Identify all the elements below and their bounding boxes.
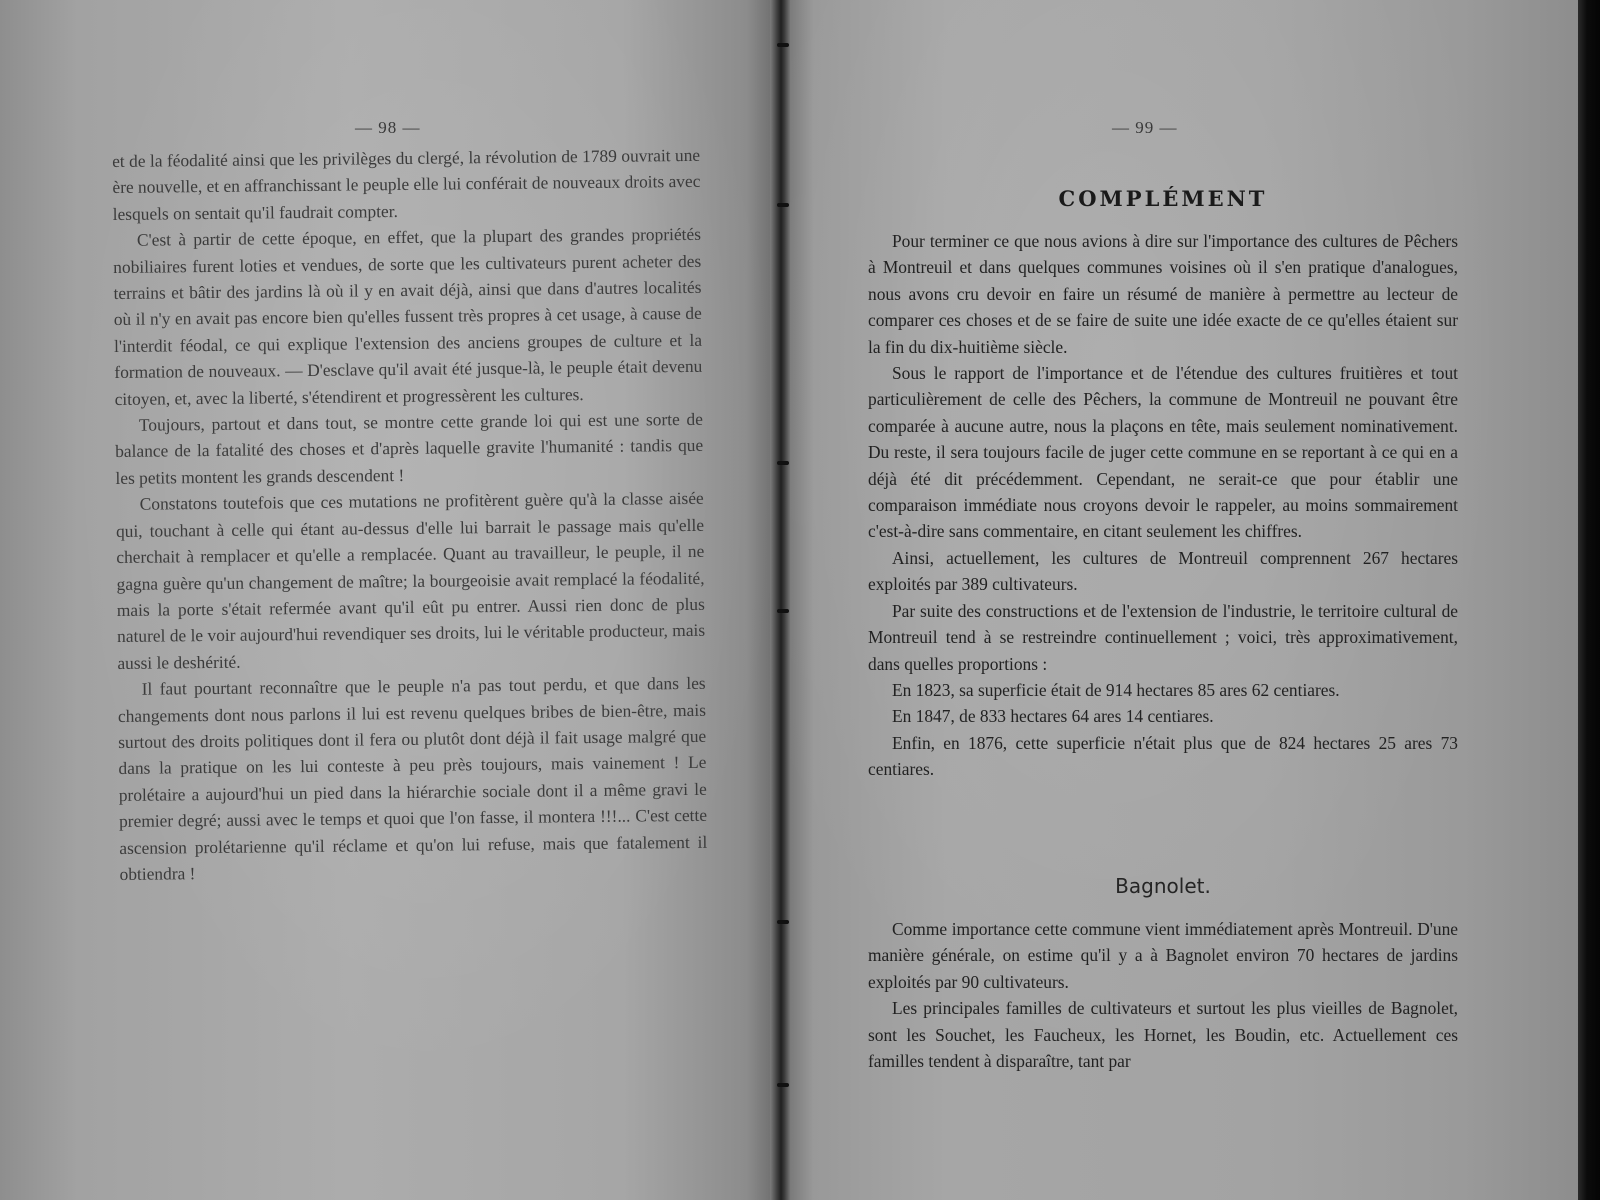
right-page: — 99 — COMPLÉMENT Pour terminer ce que n… — [790, 0, 1580, 1200]
binding-stitch — [777, 1083, 789, 1087]
right-page-body-section2: Comme importance cette commune vient imm… — [868, 916, 1458, 1074]
left-page-body: et de la féodalité ainsi que les privilè… — [112, 142, 708, 887]
paragraph: et de la féodalité ainsi que les privilè… — [112, 142, 701, 227]
book-spread: — 98 — et de la féodalité ainsi que les … — [0, 0, 1600, 1200]
left-page: — 98 — et de la féodalité ainsi que les … — [0, 0, 778, 1200]
paragraph: Constatons toutefois que ces mutations n… — [116, 485, 706, 676]
paragraph: Comme importance cette commune vient imm… — [868, 916, 1458, 995]
paragraph: C'est à partir de cette époque, en effet… — [113, 221, 703, 412]
binding-stitch — [777, 461, 789, 465]
paragraph: En 1823, sa superficie était de 914 hect… — [868, 677, 1458, 703]
paragraph: En 1847, de 833 hectares 64 ares 14 cent… — [868, 703, 1458, 729]
binding-stitch — [777, 43, 789, 47]
paragraph: Les principales familles de cultivateurs… — [868, 995, 1458, 1074]
paragraph: Ainsi, actuellement, les cultures de Mon… — [868, 545, 1458, 598]
paragraph: Par suite des constructions et de l'exte… — [868, 598, 1458, 677]
paragraph: Pour terminer ce que nous avions à dire … — [868, 228, 1458, 360]
paragraph: Il faut pourtant reconnaître que le peup… — [118, 670, 708, 887]
paragraph: Enfin, en 1876, cette superficie n'était… — [868, 730, 1458, 783]
right-page-body-section1: Pour terminer ce que nous avions à dire … — [868, 228, 1458, 783]
binding-stitch — [777, 609, 789, 613]
binding-stitch — [777, 203, 789, 207]
page-number-left: — 98 — — [355, 118, 421, 138]
page-number-right: — 99 — — [1112, 118, 1178, 138]
section-title: COMPLÉMENT — [868, 186, 1458, 211]
background-edge — [1578, 0, 1600, 1200]
paragraph: Toujours, partout et dans tout, se montr… — [115, 406, 704, 491]
subsection-title: Bagnolet. — [868, 874, 1458, 898]
binding-stitch — [777, 920, 789, 924]
book-gutter — [770, 0, 792, 1200]
paragraph: Sous le rapport de l'importance et de l'… — [868, 360, 1458, 545]
